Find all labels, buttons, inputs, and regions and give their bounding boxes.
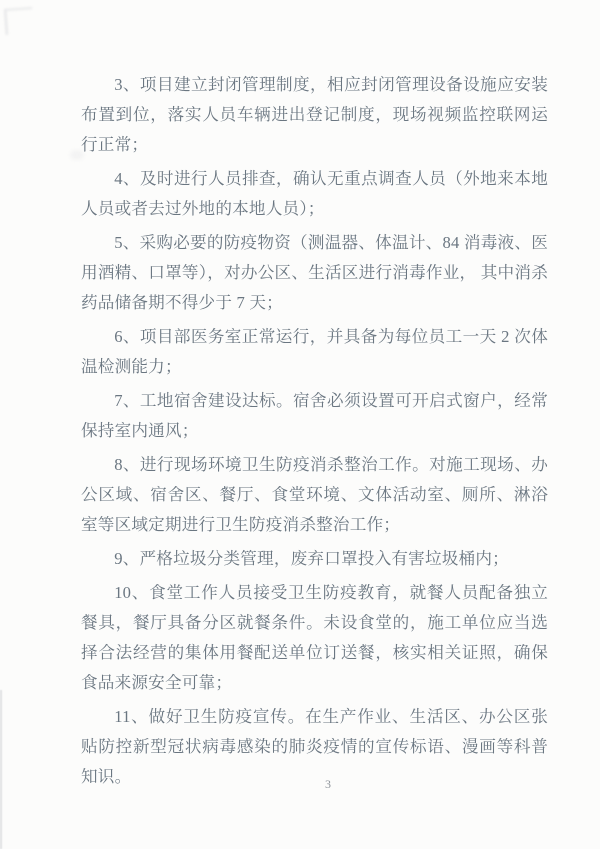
paragraph-item-11: 11、做好卫生防疫宣传。在生产作业、生活区、办公区张贴防控新型冠状病毒感染的肺炎… <box>81 702 548 792</box>
paragraph-item-3: 3、项目建立封闭管理制度，相应封闭管理设备设施应安装布置到位，落实人员车辆进出登… <box>81 70 548 160</box>
document-body: 3、项目建立封闭管理制度，相应封闭管理设备设施应安装布置到位，落实人员车辆进出登… <box>81 70 548 796</box>
paragraph-item-7: 7、工地宿舍建设达标。宿舍必须设置可开启式窗户，经常保持室内通风； <box>81 386 548 446</box>
paragraph-item-4: 4、及时进行人员排查，确认无重点调查人员（外地来本地人员或者去过外地的本地人员）… <box>81 164 548 224</box>
paragraph-item-9: 9、严格垃圾分类管理，废弃口罩投入有害垃圾桶内； <box>81 544 548 574</box>
paragraph-item-5: 5、采购必要的防疫物资（测温器、体温计、84 消毒液、医用酒精、口罩等），对办公… <box>81 228 548 318</box>
page-number: 3 <box>317 777 339 792</box>
document-page: 3、项目建立封闭管理制度，相应封闭管理设备设施应安装布置到位，落实人员车辆进出登… <box>0 0 600 849</box>
paragraph-item-6: 6、项目部医务室正常运行，并具备为每位员工一天 2 次体温检测能力； <box>81 322 548 382</box>
paragraph-item-10: 10、食堂工作人员接受卫生防疫教育，就餐人员配备独立餐具，餐厅具备分区就餐条件。… <box>81 578 548 698</box>
scan-edge-artifact <box>0 690 2 849</box>
scan-artifact <box>4 7 34 35</box>
paragraph-item-8: 8、进行现场环境卫生防疫消杀整治工作。对施工现场、办公区域、宿舍区、餐厅、食堂环… <box>81 450 548 540</box>
